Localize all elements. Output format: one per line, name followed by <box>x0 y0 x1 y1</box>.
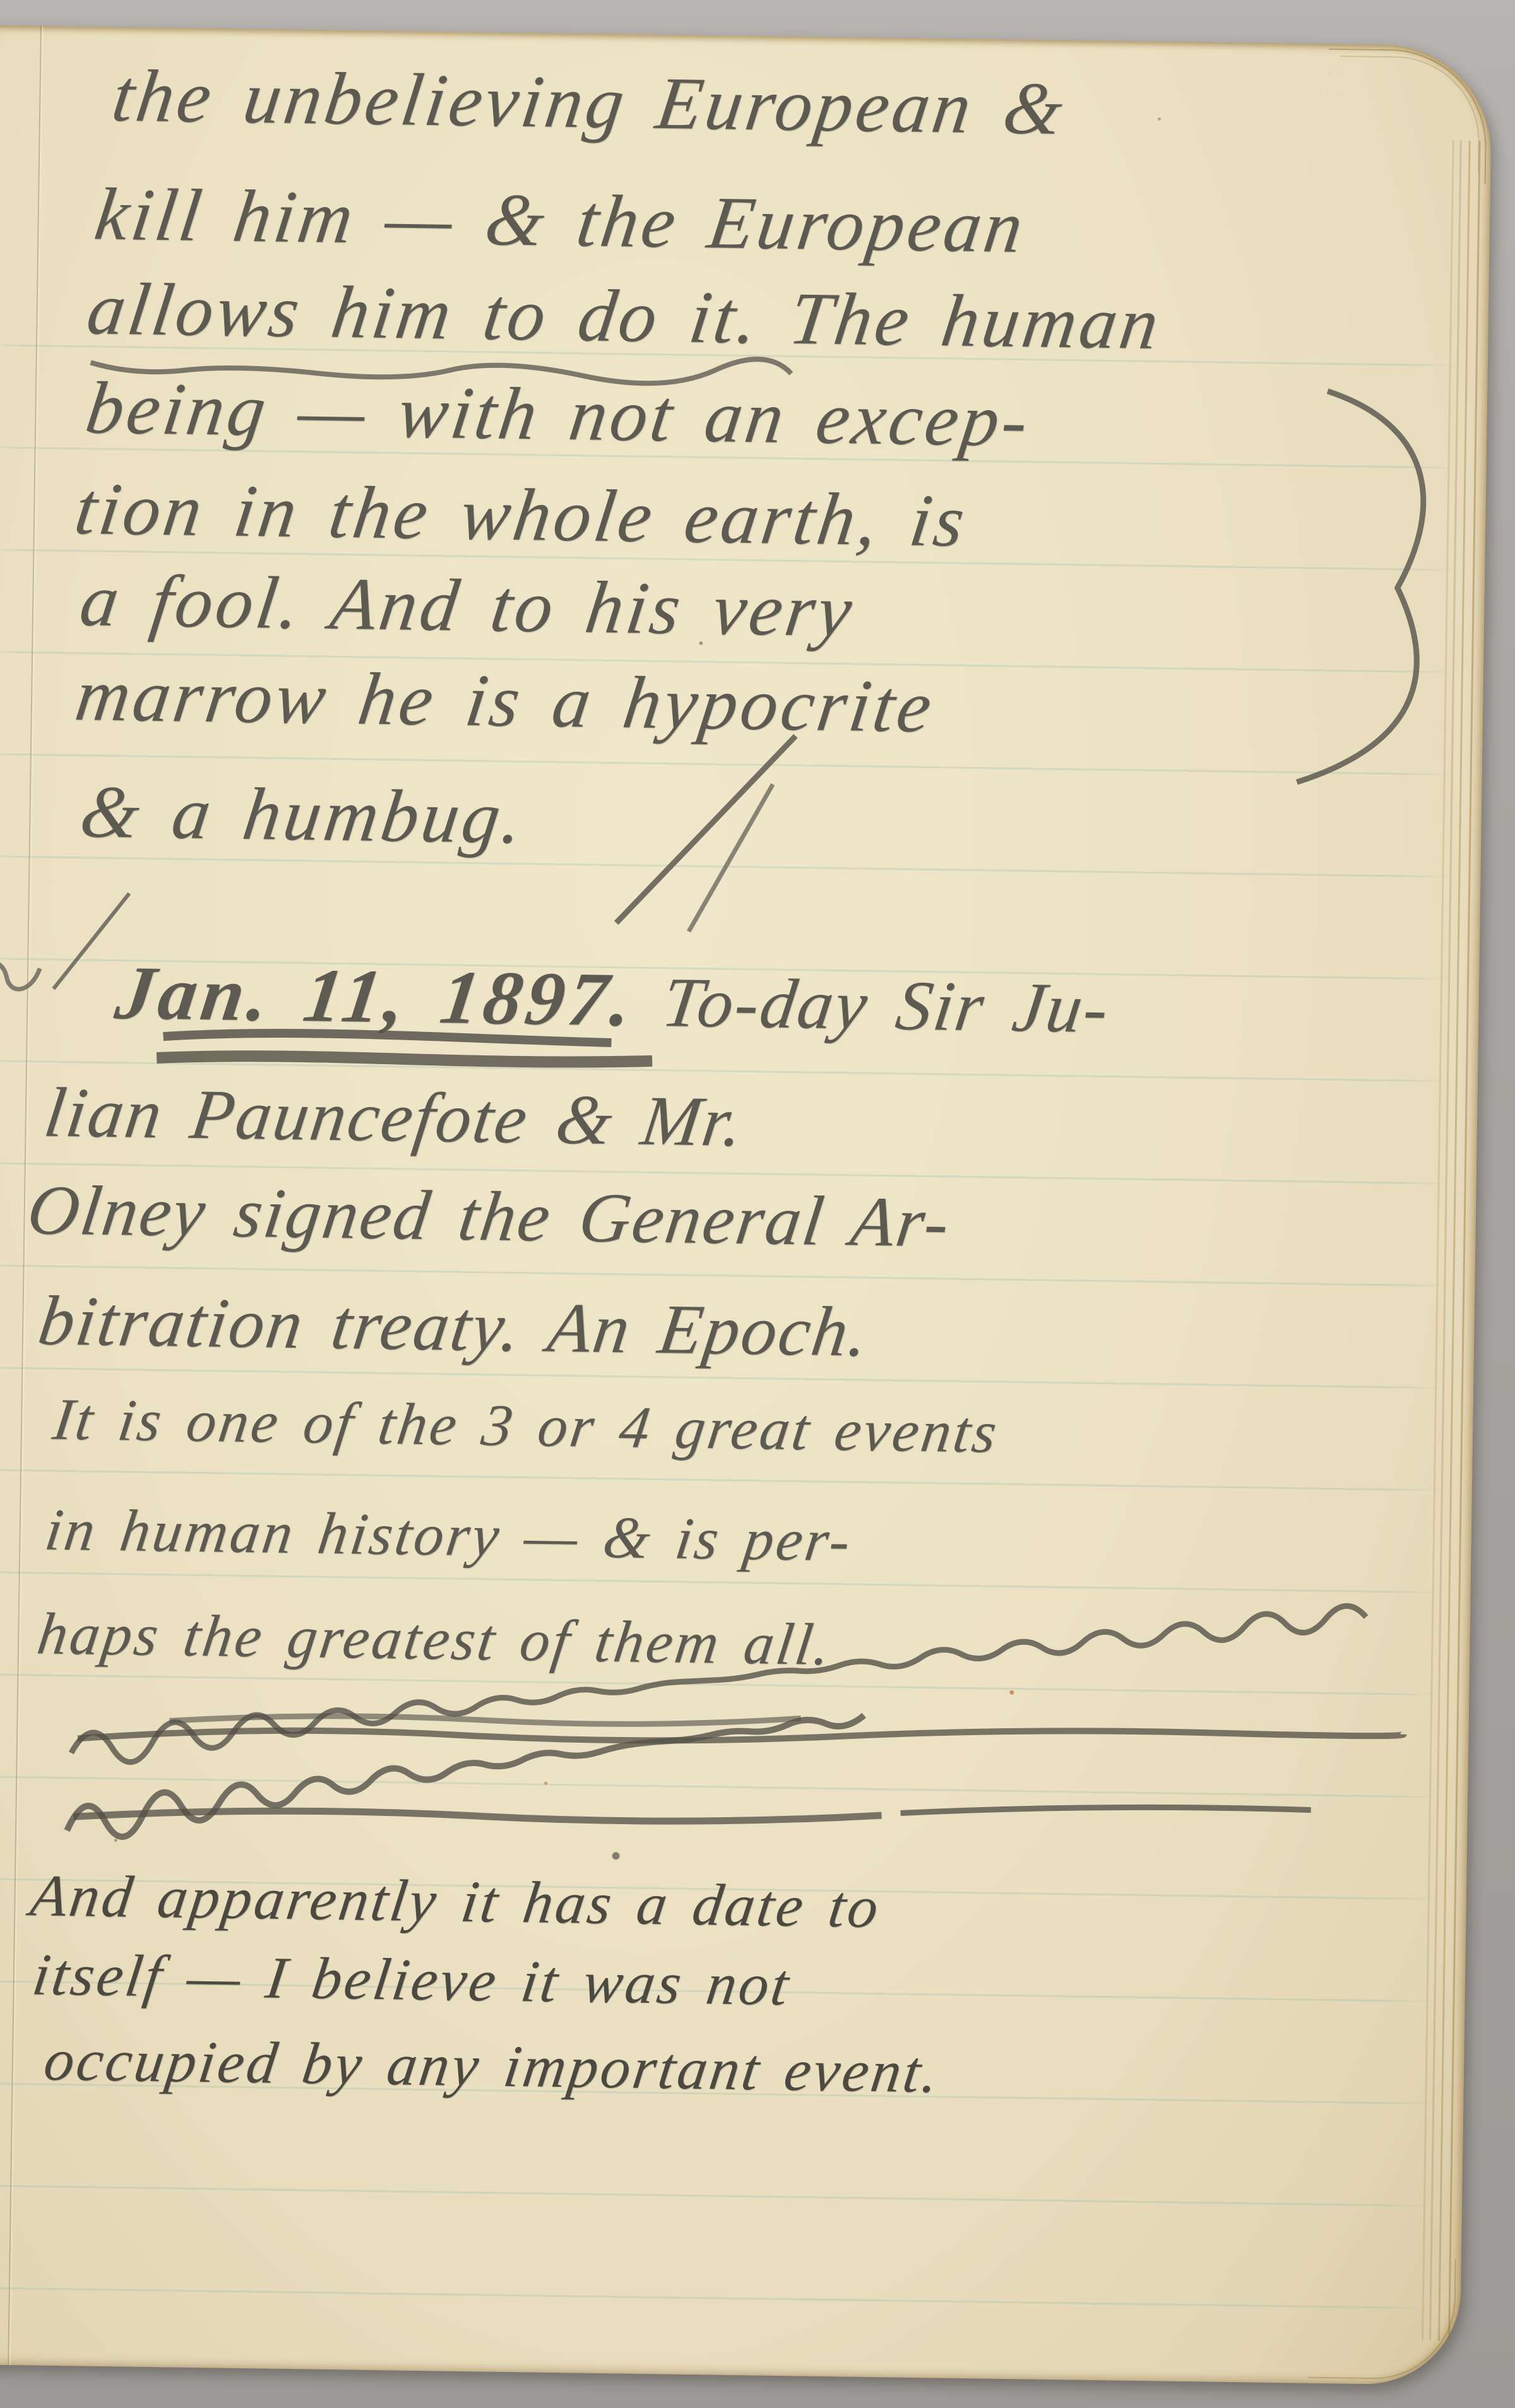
paragraph-slash-second <box>689 783 773 933</box>
dust-speck <box>1158 117 1161 121</box>
paragraph-slash <box>616 733 795 925</box>
manuscript-line: Olney signed the General Ar- <box>23 1175 955 1258</box>
manuscript-line-dated-entry: Jan. 11, 1897. To-day Sir Ju- <box>111 955 1115 1045</box>
scan-background: { "document": { "kind": "handwritten not… <box>0 0 1515 2408</box>
scrawl-period <box>612 1852 620 1859</box>
strikethrough-2a <box>73 1804 881 1828</box>
manuscript-line: in human history — & is per- <box>42 1500 856 1571</box>
rust-speck <box>1009 1690 1014 1695</box>
manuscript-line: It is one of the 3 or 4 great events <box>50 1390 1002 1462</box>
right-margin-brace <box>1297 391 1425 784</box>
page-edge-corner-ring <box>1327 49 1488 184</box>
rust-speck <box>544 1782 547 1785</box>
date-underline-bottom <box>157 1054 652 1065</box>
manuscript-line: occupied by any important event. <box>41 2031 944 2103</box>
left-margin-squiggle <box>0 963 40 990</box>
entry-date: Jan. 11, 1897. <box>111 951 641 1042</box>
strikethrough-1b <box>170 1709 801 1729</box>
entry-date-rest: To-day Sir Ju- <box>629 963 1115 1048</box>
illegible-scrawl-2 <box>67 1704 864 1847</box>
manuscript-line: haps the greatest of them all. <box>34 1604 836 1675</box>
manuscript-line: lian Pauncefote & Mr. <box>40 1077 749 1158</box>
trailing-long-dash <box>901 1803 1311 1818</box>
manuscript-line: allows him to do it. The human <box>83 271 1166 361</box>
manuscript-line: being — with not an excep- <box>81 371 1035 458</box>
stacked-page-edge <box>1422 140 1454 2340</box>
page-edge-corner-ring-bottom <box>1308 2257 1456 2380</box>
manuscript-line: marrow he is a hypocrite <box>71 658 939 744</box>
manuscript-line: a fool. And to his very <box>76 563 859 648</box>
manuscript-line: itself — I believe it was not <box>29 1945 794 2015</box>
manuscript-line: tion in the whole earth, is <box>71 472 971 558</box>
notebook-page: the unbelieving European & kill him — & … <box>0 25 1492 2385</box>
manuscript-line: bitration treaty. An Epoch. <box>35 1286 874 1368</box>
manuscript-line: kill him — & the European <box>91 177 1030 264</box>
entry-check-slash <box>54 893 129 990</box>
dust-speck <box>114 1839 117 1842</box>
stacked-page-edge <box>1429 141 1462 2341</box>
manuscript-line: & a humbug. <box>76 774 530 855</box>
strikethrough-1a <box>78 1716 1403 1757</box>
manuscript-line: And apparently it has a date to <box>27 1866 884 1937</box>
manuscript-line: the unbelieving European & <box>108 59 1070 146</box>
